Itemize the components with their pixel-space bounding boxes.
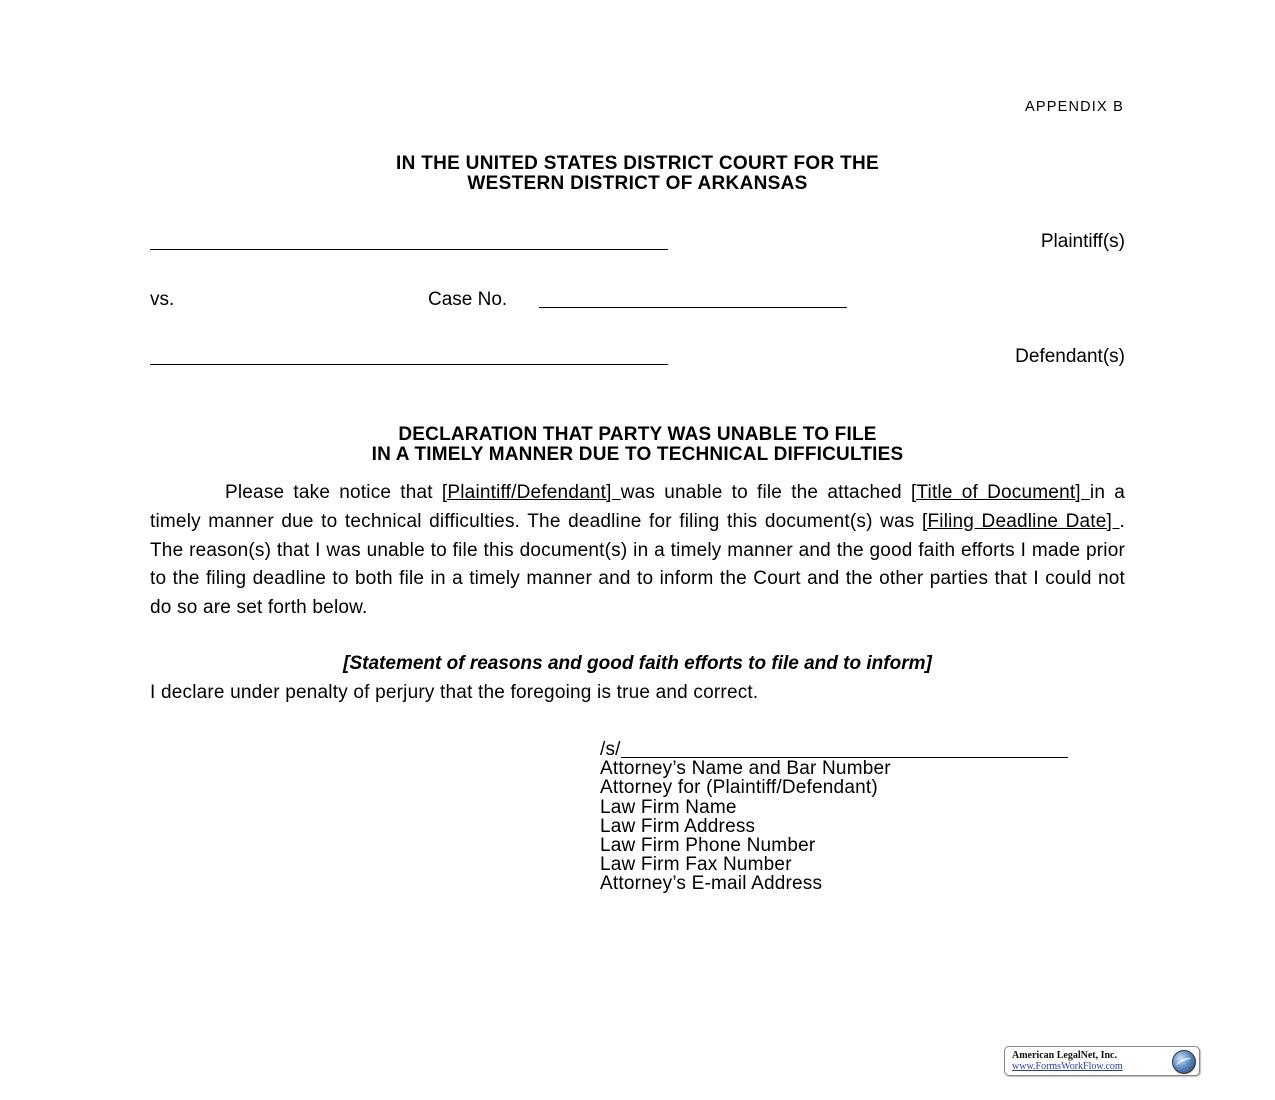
law-firm-name-line: Law Firm Name [600, 798, 1068, 817]
document-title: DECLARATION THAT PARTY WAS UNABLE TO FIL… [0, 425, 1275, 465]
signature-block: /s/ Attorney’s Name and Bar Number Attor… [600, 740, 1068, 894]
signature-prefix: /s/ [600, 740, 621, 759]
perjury-declaration: I declare under penalty of perjury that … [150, 682, 758, 704]
law-firm-address-line: Law Firm Address [600, 817, 1068, 836]
attorney-name-line: Attorney’s Name and Bar Number [600, 759, 1068, 778]
law-firm-fax-line: Law Firm Fax Number [600, 855, 1068, 874]
court-heading-line2: WESTERN DISTRICT OF ARKANSAS [0, 174, 1275, 194]
court-heading: IN THE UNITED STATES DISTRICT COURT FOR … [0, 154, 1275, 194]
case-number-label: Case No. [428, 289, 507, 311]
badge-company-name: American LegalNet, Inc. [1012, 1050, 1117, 1061]
vs-label: vs. [150, 289, 174, 311]
document-title-line2: IN A TIMELY MANNER DUE TO TECHNICAL DIFF… [0, 445, 1275, 465]
signature-row: /s/ [600, 740, 1068, 759]
legalnet-badge[interactable]: American LegalNet, Inc. www.FormsWorkFlo… [1004, 1046, 1200, 1076]
paragraph-text-1: Please take notice that [225, 482, 442, 503]
plaintiff-name-field[interactable] [150, 249, 668, 250]
document-title-line1: DECLARATION THAT PARTY WAS UNABLE TO FIL… [0, 425, 1275, 445]
badge-url-link[interactable]: www.FormsWorkFlow.com [1012, 1061, 1123, 1072]
court-heading-line1: IN THE UNITED STATES DISTRICT COURT FOR … [0, 154, 1275, 174]
statement-placeholder[interactable]: [Statement of reasons and good faith eff… [150, 653, 1125, 675]
filing-deadline-placeholder-field[interactable]: [Filing Deadline Date] [922, 511, 1120, 532]
defendant-name-field[interactable] [150, 364, 668, 365]
appendix-label: APPENDIX B [1025, 99, 1124, 115]
law-firm-phone-line: Law Firm Phone Number [600, 836, 1068, 855]
declaration-paragraph: Please take notice that [Plaintiff/Defen… [150, 479, 1125, 623]
plaintiff-label: Plaintiff(s) [1041, 231, 1125, 253]
paragraph-text-2: was unable to file the attached [621, 482, 911, 503]
defendant-label: Defendant(s) [1015, 346, 1125, 368]
globe-icon [1172, 1050, 1196, 1074]
party-placeholder-field[interactable]: [Plaintiff/Defendant] [442, 482, 621, 503]
attorney-email-line: Attorney’s E-mail Address [600, 874, 1068, 893]
document-title-placeholder-field[interactable]: [Title of Document] [911, 482, 1090, 503]
case-number-field[interactable] [539, 307, 847, 308]
attorney-for-line: Attorney for (Plaintiff/Defendant) [600, 778, 1068, 797]
